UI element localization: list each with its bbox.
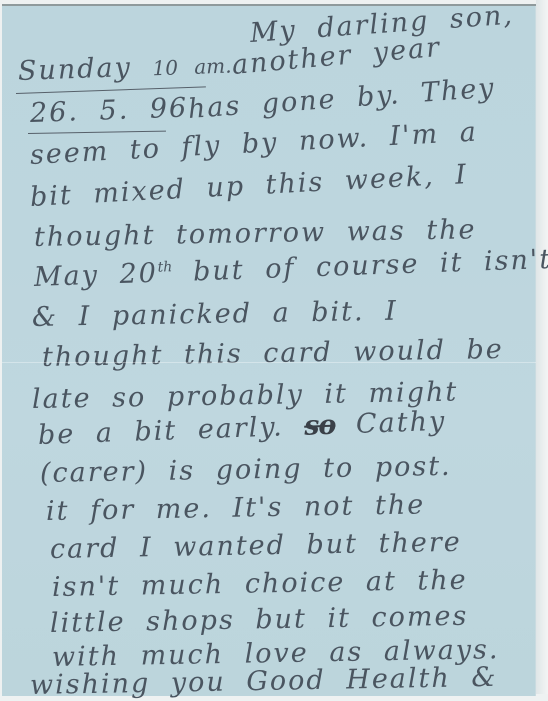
scan-background-edge bbox=[536, 0, 548, 694]
may-date: May 20 bbox=[33, 258, 158, 293]
line-11-text: be a bit early. bbox=[37, 411, 284, 451]
line-12: (carer) is going to post. bbox=[40, 451, 452, 489]
name-cathy: Cathy bbox=[355, 406, 446, 440]
header-day: Sunday bbox=[17, 52, 132, 87]
line-15: isn't much choice at the bbox=[52, 565, 468, 603]
line-8: & I panicked a bit. I bbox=[32, 296, 398, 333]
letter-paper: My darling son, Sunday 10 am. another ye… bbox=[2, 4, 536, 694]
line-9: thought this card would be bbox=[42, 334, 504, 373]
line-6: thought tomorrow was the bbox=[34, 214, 477, 253]
header-time: 10 am. bbox=[152, 54, 232, 81]
line-13: it for me. It's not the bbox=[46, 489, 426, 527]
line-14: card I wanted but there bbox=[50, 527, 462, 565]
header-date: 26. 5. 96 bbox=[29, 92, 188, 129]
line-7-rest: but of course it isn't. bbox=[193, 244, 548, 288]
crossed-out-word: so bbox=[304, 410, 336, 442]
line-16: little shops but it comes bbox=[50, 601, 469, 639]
date-suffix: th bbox=[157, 259, 172, 276]
header-day-time: Sunday 10 am. bbox=[17, 49, 232, 87]
scanned-page: My darling son, Sunday 10 am. another ye… bbox=[0, 0, 548, 694]
